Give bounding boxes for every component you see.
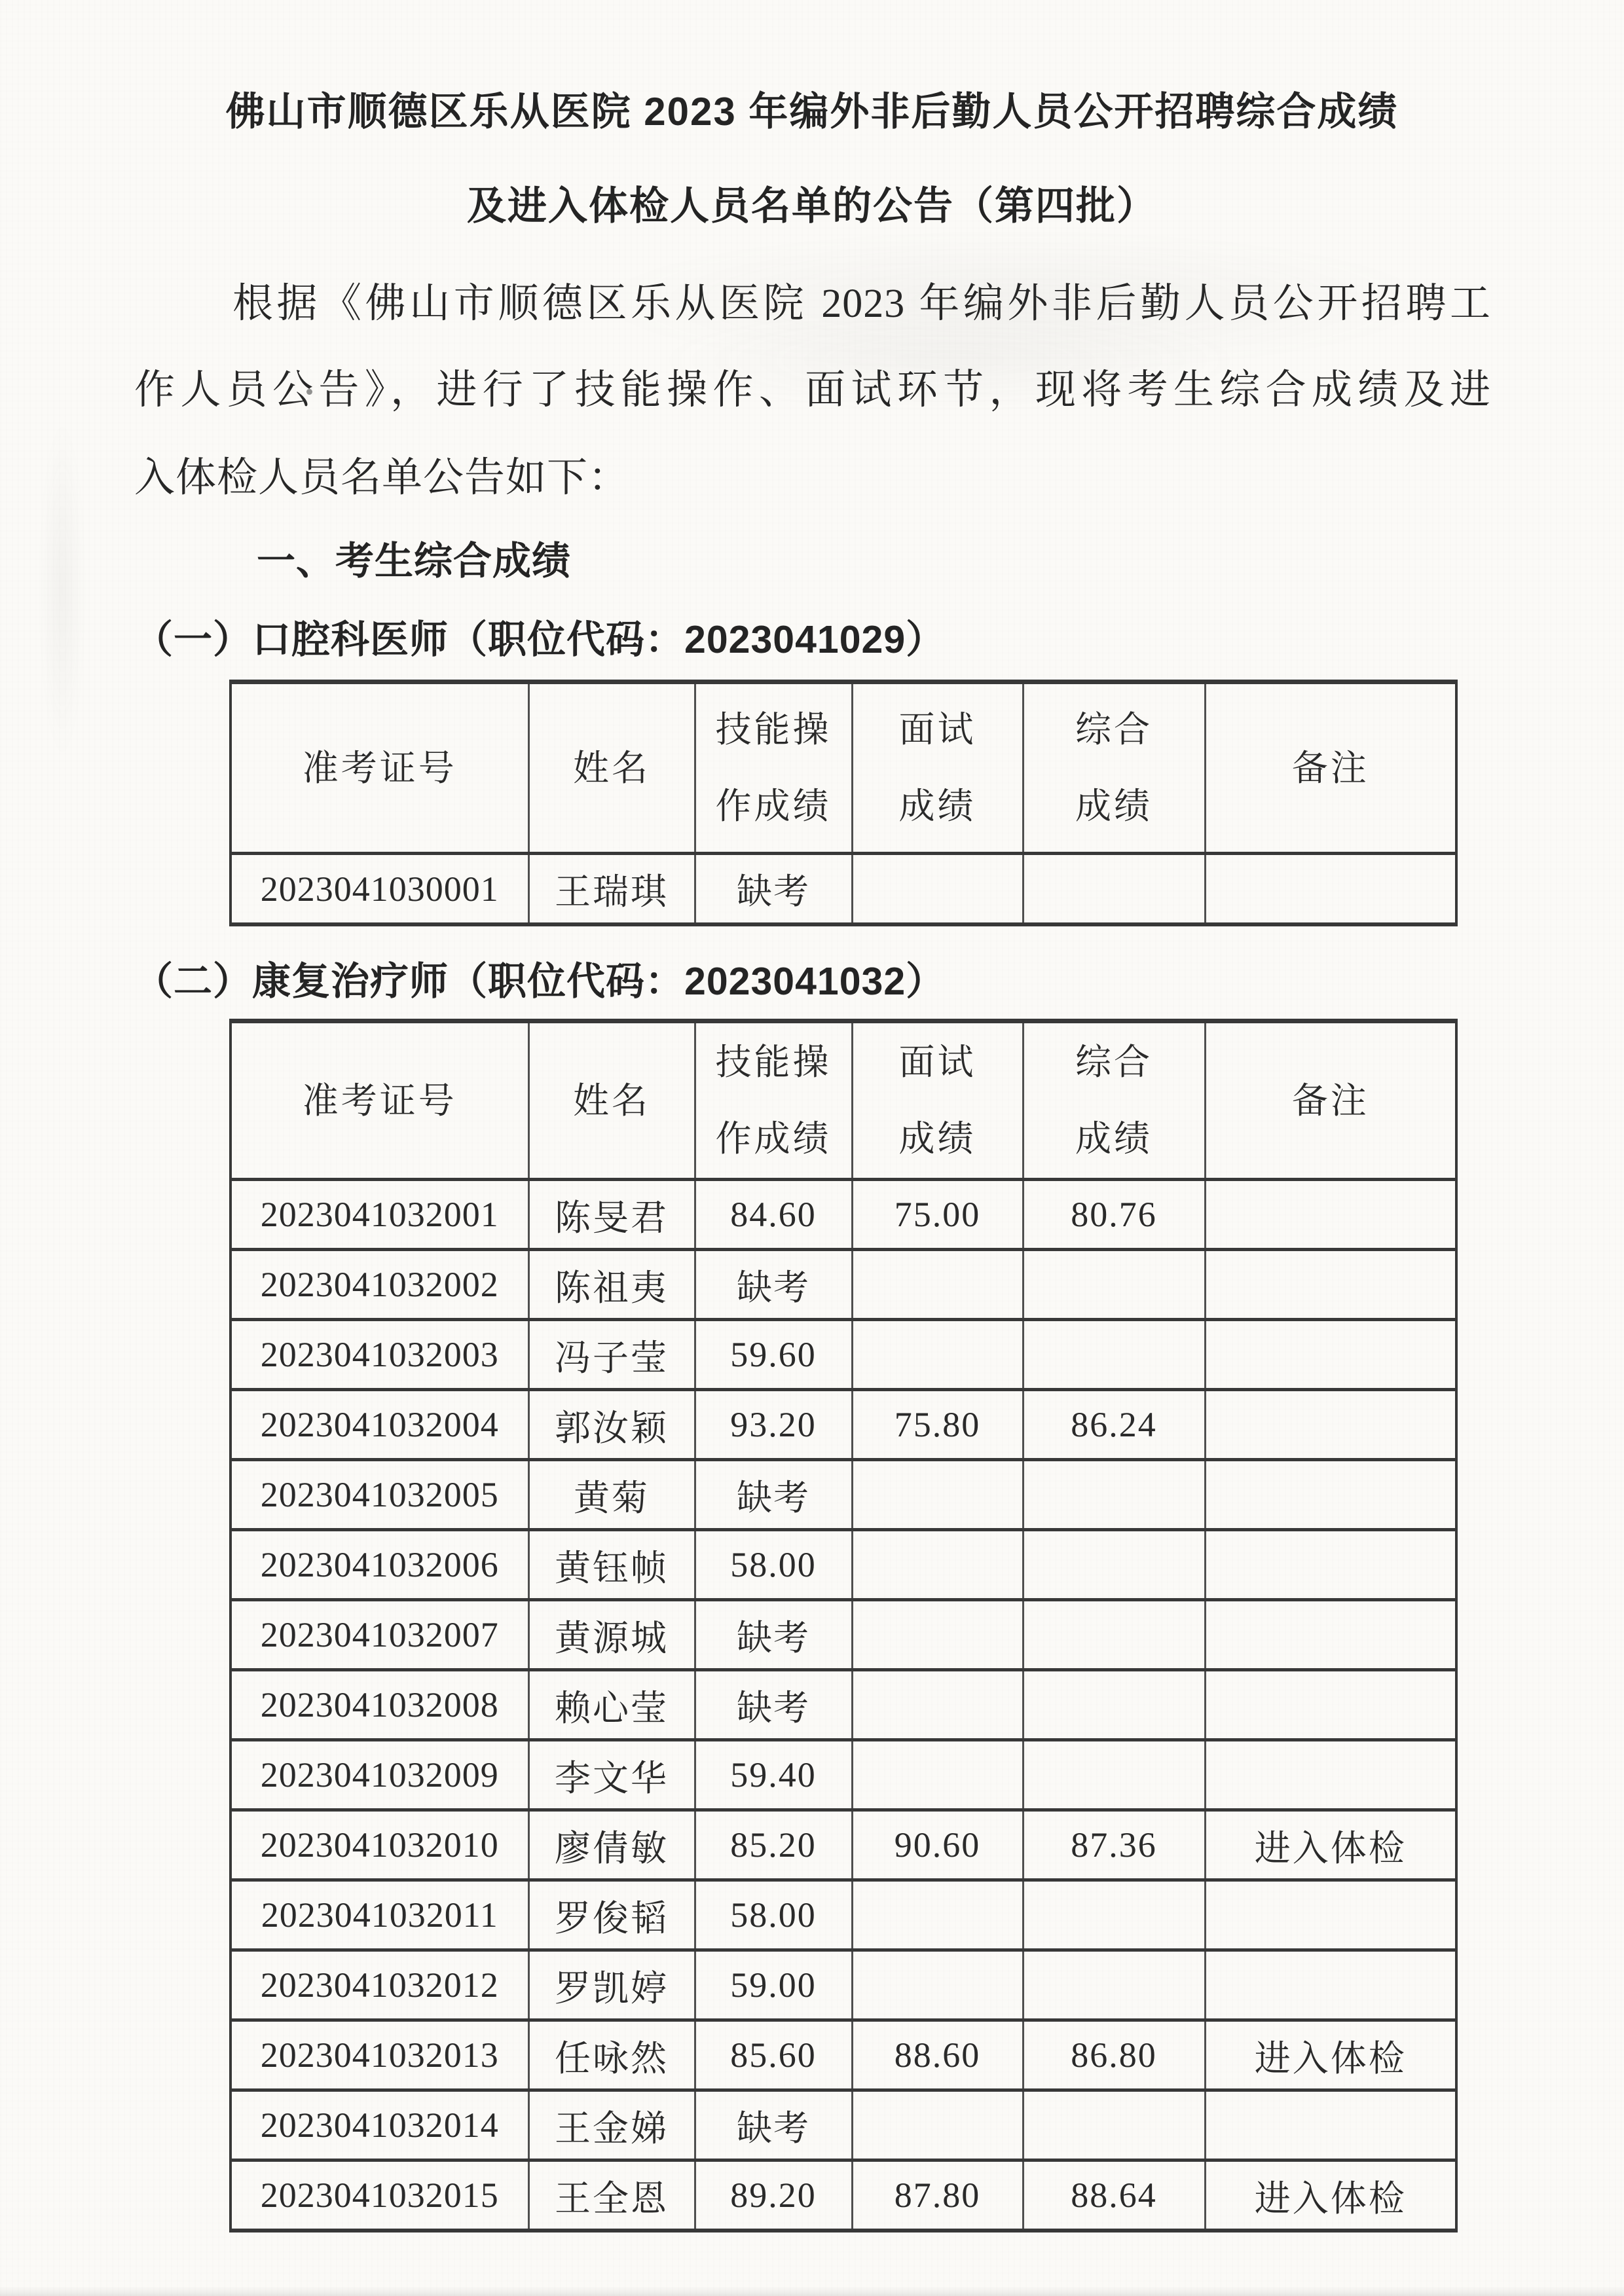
cell-name: 王全恩 xyxy=(528,2160,695,2231)
cell-name: 陈旻君 xyxy=(528,1180,695,1250)
cell-exam-no: 2023041032012 xyxy=(231,1950,528,2020)
cell-interview-score: 90.60 xyxy=(852,1810,1023,1880)
scan-bottom-edge xyxy=(0,2287,1624,2296)
cell-skill-score: 缺考 xyxy=(695,854,852,925)
table-header-row: 准考证号 姓名 技能操作成绩 面试成绩 综合成绩 备注 xyxy=(231,1021,1456,1180)
cell-composite-score xyxy=(1023,2090,1205,2160)
cell-interview-score xyxy=(852,1880,1023,1950)
announcement-title-line2: 及进入体检人员名单的公告（第四批） xyxy=(0,178,1624,234)
cell-skill-score: 缺考 xyxy=(695,1460,852,1530)
score-table-oral-physician: 准考证号 姓名 技能操作成绩 面试成绩 综合成绩 备注 202304103000… xyxy=(229,680,1458,926)
cell-interview-score xyxy=(852,1670,1023,1740)
cell-skill-score: 89.20 xyxy=(695,2160,852,2231)
cell-exam-no: 2023041030001 xyxy=(231,854,528,925)
table-row: 2023041032007 黄源城 缺考 xyxy=(231,1600,1456,1670)
table-row: 2023041032013 任咏然 85.60 88.60 86.80 进入体检 xyxy=(231,2020,1456,2090)
cell-name: 廖倩敏 xyxy=(528,1810,695,1880)
cell-interview-score xyxy=(852,1950,1023,2020)
cell-composite-score xyxy=(1023,1600,1205,1670)
cell-remark xyxy=(1205,1880,1456,1950)
cell-name: 赖心莹 xyxy=(528,1670,695,1740)
col-header-interview-score: 面试成绩 xyxy=(852,682,1023,854)
table-body: 2023041032001 陈旻君 84.60 75.00 80.76 2023… xyxy=(231,1180,1456,2231)
col-header-exam-no: 准考证号 xyxy=(231,682,528,854)
cell-interview-score: 75.00 xyxy=(852,1180,1023,1250)
cell-exam-no: 2023041032008 xyxy=(231,1670,528,1740)
cell-exam-no: 2023041032001 xyxy=(231,1180,528,1250)
cell-skill-score: 84.60 xyxy=(695,1180,852,1250)
cell-interview-score: 87.80 xyxy=(852,2160,1023,2231)
table-row: 2023041032003 冯子莹 59.60 xyxy=(231,1320,1456,1390)
cell-remark xyxy=(1205,1530,1456,1600)
cell-skill-score: 缺考 xyxy=(695,1600,852,1670)
cell-composite-score xyxy=(1023,1530,1205,1600)
table-row: 2023041030001 王瑞琪 缺考 xyxy=(231,854,1456,925)
cell-interview-score xyxy=(852,2090,1023,2160)
subsection-heading-rehab-therapist: （二）康复治疗师（职位代码：2023041032） xyxy=(134,958,945,1004)
table-row: 2023041032011 罗俊韬 58.00 xyxy=(231,1880,1456,1950)
cell-composite-score xyxy=(1023,1320,1205,1390)
cell-remark xyxy=(1205,1250,1456,1320)
intro-paragraph-line2: 作人员公告》，进行了技能操作、面试环节，现将考生综合成绩及进 xyxy=(134,360,1491,420)
cell-composite-score xyxy=(1023,1250,1205,1320)
scanned-announcement-page: 佛山市顺德区乐从医院 2023 年编外非后勤人员公开招聘综合成绩 及进入体检人员… xyxy=(0,0,1624,2296)
col-header-interview-score: 面试成绩 xyxy=(852,1021,1023,1180)
cell-exam-no: 2023041032009 xyxy=(231,1740,528,1810)
cell-exam-no: 2023041032005 xyxy=(231,1460,528,1530)
cell-composite-score xyxy=(1023,1950,1205,2020)
cell-exam-no: 2023041032004 xyxy=(231,1390,528,1460)
cell-remark xyxy=(1205,2090,1456,2160)
cell-composite-score: 87.36 xyxy=(1023,1810,1205,1880)
cell-skill-score: 58.00 xyxy=(695,1530,852,1600)
cell-remark xyxy=(1205,1390,1456,1460)
table-row: 2023041032005 黄菊 缺考 xyxy=(231,1460,1456,1530)
cell-composite-score xyxy=(1023,1880,1205,1950)
cell-skill-score: 缺考 xyxy=(695,1250,852,1320)
cell-composite-score xyxy=(1023,1460,1205,1530)
cell-exam-no: 2023041032015 xyxy=(231,2160,528,2231)
cell-remark xyxy=(1205,1600,1456,1670)
cell-interview-score xyxy=(852,1250,1023,1320)
cell-name: 任咏然 xyxy=(528,2020,695,2090)
col-header-composite-score: 综合成绩 xyxy=(1023,1021,1205,1180)
cell-name: 黄菊 xyxy=(528,1460,695,1530)
cell-exam-no: 2023041032010 xyxy=(231,1810,528,1880)
cell-exam-no: 2023041032007 xyxy=(231,1600,528,1670)
cell-name: 王瑞琪 xyxy=(528,854,695,925)
cell-interview-score xyxy=(852,1320,1023,1390)
table-row: 2023041032008 赖心莹 缺考 xyxy=(231,1670,1456,1740)
cell-skill-score: 59.40 xyxy=(695,1740,852,1810)
cell-exam-no: 2023041032002 xyxy=(231,1250,528,1320)
col-header-skill-score: 技能操作成绩 xyxy=(695,1021,852,1180)
cell-composite-score: 80.76 xyxy=(1023,1180,1205,1250)
announcement-title-line1: 佛山市顺德区乐从医院 2023 年编外非后勤人员公开招聘综合成绩 xyxy=(0,84,1624,140)
table-row: 2023041032004 郭汝颖 93.20 75.80 86.24 xyxy=(231,1390,1456,1460)
cell-remark xyxy=(1205,854,1456,925)
scan-smudge xyxy=(39,419,85,759)
cell-exam-no: 2023041032011 xyxy=(231,1880,528,1950)
table-row: 2023041032002 陈祖夷 缺考 xyxy=(231,1250,1456,1320)
cell-remark xyxy=(1205,1180,1456,1250)
cell-remark xyxy=(1205,1950,1456,2020)
col-header-exam-no: 准考证号 xyxy=(231,1021,528,1180)
table-row: 2023041032006 黄钰帧 58.00 xyxy=(231,1530,1456,1600)
cell-skill-score: 85.60 xyxy=(695,2020,852,2090)
cell-name: 罗俊韬 xyxy=(528,1880,695,1950)
cell-skill-score: 59.60 xyxy=(695,1320,852,1390)
intro-paragraph-line3: 入体检人员名单公告如下： xyxy=(134,448,1491,508)
cell-name: 罗凯婷 xyxy=(528,1950,695,2020)
cell-composite-score xyxy=(1023,1740,1205,1810)
table-row: 2023041032010 廖倩敏 85.20 90.60 87.36 进入体检 xyxy=(231,1810,1456,1880)
cell-skill-score: 59.00 xyxy=(695,1950,852,2020)
cell-name: 黄钰帧 xyxy=(528,1530,695,1600)
cell-interview-score xyxy=(852,1740,1023,1810)
cell-remark xyxy=(1205,1320,1456,1390)
col-header-name: 姓名 xyxy=(528,1021,695,1180)
cell-composite-score: 86.80 xyxy=(1023,2020,1205,2090)
cell-remark xyxy=(1205,1460,1456,1530)
cell-remark: 进入体检 xyxy=(1205,2160,1456,2231)
col-header-name: 姓名 xyxy=(528,682,695,854)
col-header-composite-score: 综合成绩 xyxy=(1023,682,1205,854)
cell-interview-score xyxy=(852,1600,1023,1670)
cell-remark: 进入体检 xyxy=(1205,2020,1456,2090)
cell-exam-no: 2023041032006 xyxy=(231,1530,528,1600)
cell-interview-score xyxy=(852,1460,1023,1530)
table-row: 2023041032014 王金娣 缺考 xyxy=(231,2090,1456,2160)
table-row: 2023041032015 王全恩 89.20 87.80 88.64 进入体检 xyxy=(231,2160,1456,2231)
subsection-heading-oral-physician: （一）口腔科医师（职位代码：2023041029） xyxy=(134,617,945,663)
score-table-rehab-therapist: 准考证号 姓名 技能操作成绩 面试成绩 综合成绩 备注 202304103200… xyxy=(229,1019,1458,2232)
cell-interview-score: 75.80 xyxy=(852,1390,1023,1460)
col-header-remark: 备注 xyxy=(1205,1021,1456,1180)
table-header-row: 准考证号 姓名 技能操作成绩 面试成绩 综合成绩 备注 xyxy=(231,682,1456,854)
table-row: 2023041032009 李文华 59.40 xyxy=(231,1740,1456,1810)
cell-remark xyxy=(1205,1740,1456,1810)
cell-name: 李文华 xyxy=(528,1740,695,1810)
cell-skill-score: 缺考 xyxy=(695,2090,852,2160)
cell-exam-no: 2023041032014 xyxy=(231,2090,528,2160)
cell-composite-score xyxy=(1023,854,1205,925)
table-body: 2023041030001 王瑞琪 缺考 xyxy=(231,854,1456,925)
cell-exam-no: 2023041032013 xyxy=(231,2020,528,2090)
cell-name: 黄源城 xyxy=(528,1600,695,1670)
cell-skill-score: 缺考 xyxy=(695,1670,852,1740)
cell-remark xyxy=(1205,1670,1456,1740)
cell-name: 冯子莹 xyxy=(528,1320,695,1390)
cell-name: 王金娣 xyxy=(528,2090,695,2160)
cell-skill-score: 58.00 xyxy=(695,1880,852,1950)
table-row: 2023041032012 罗凯婷 59.00 xyxy=(231,1950,1456,2020)
section-heading-composite-scores: 一、考生综合成绩 xyxy=(257,538,571,584)
intro-paragraph-line1: 根据《佛山市顺德区乐从医院 2023 年编外非后勤人员公开招聘工 xyxy=(134,274,1491,334)
cell-composite-score: 86.24 xyxy=(1023,1390,1205,1460)
cell-skill-score: 93.20 xyxy=(695,1390,852,1460)
cell-composite-score xyxy=(1023,1670,1205,1740)
cell-interview-score xyxy=(852,854,1023,925)
cell-interview-score: 88.60 xyxy=(852,2020,1023,2090)
col-header-skill-score: 技能操作成绩 xyxy=(695,682,852,854)
cell-exam-no: 2023041032003 xyxy=(231,1320,528,1390)
col-header-remark: 备注 xyxy=(1205,682,1456,854)
cell-name: 郭汝颖 xyxy=(528,1390,695,1460)
table-row: 2023041032001 陈旻君 84.60 75.00 80.76 xyxy=(231,1180,1456,1250)
cell-interview-score xyxy=(852,1530,1023,1600)
cell-name: 陈祖夷 xyxy=(528,1250,695,1320)
cell-remark: 进入体检 xyxy=(1205,1810,1456,1880)
cell-composite-score: 88.64 xyxy=(1023,2160,1205,2231)
cell-skill-score: 85.20 xyxy=(695,1810,852,1880)
